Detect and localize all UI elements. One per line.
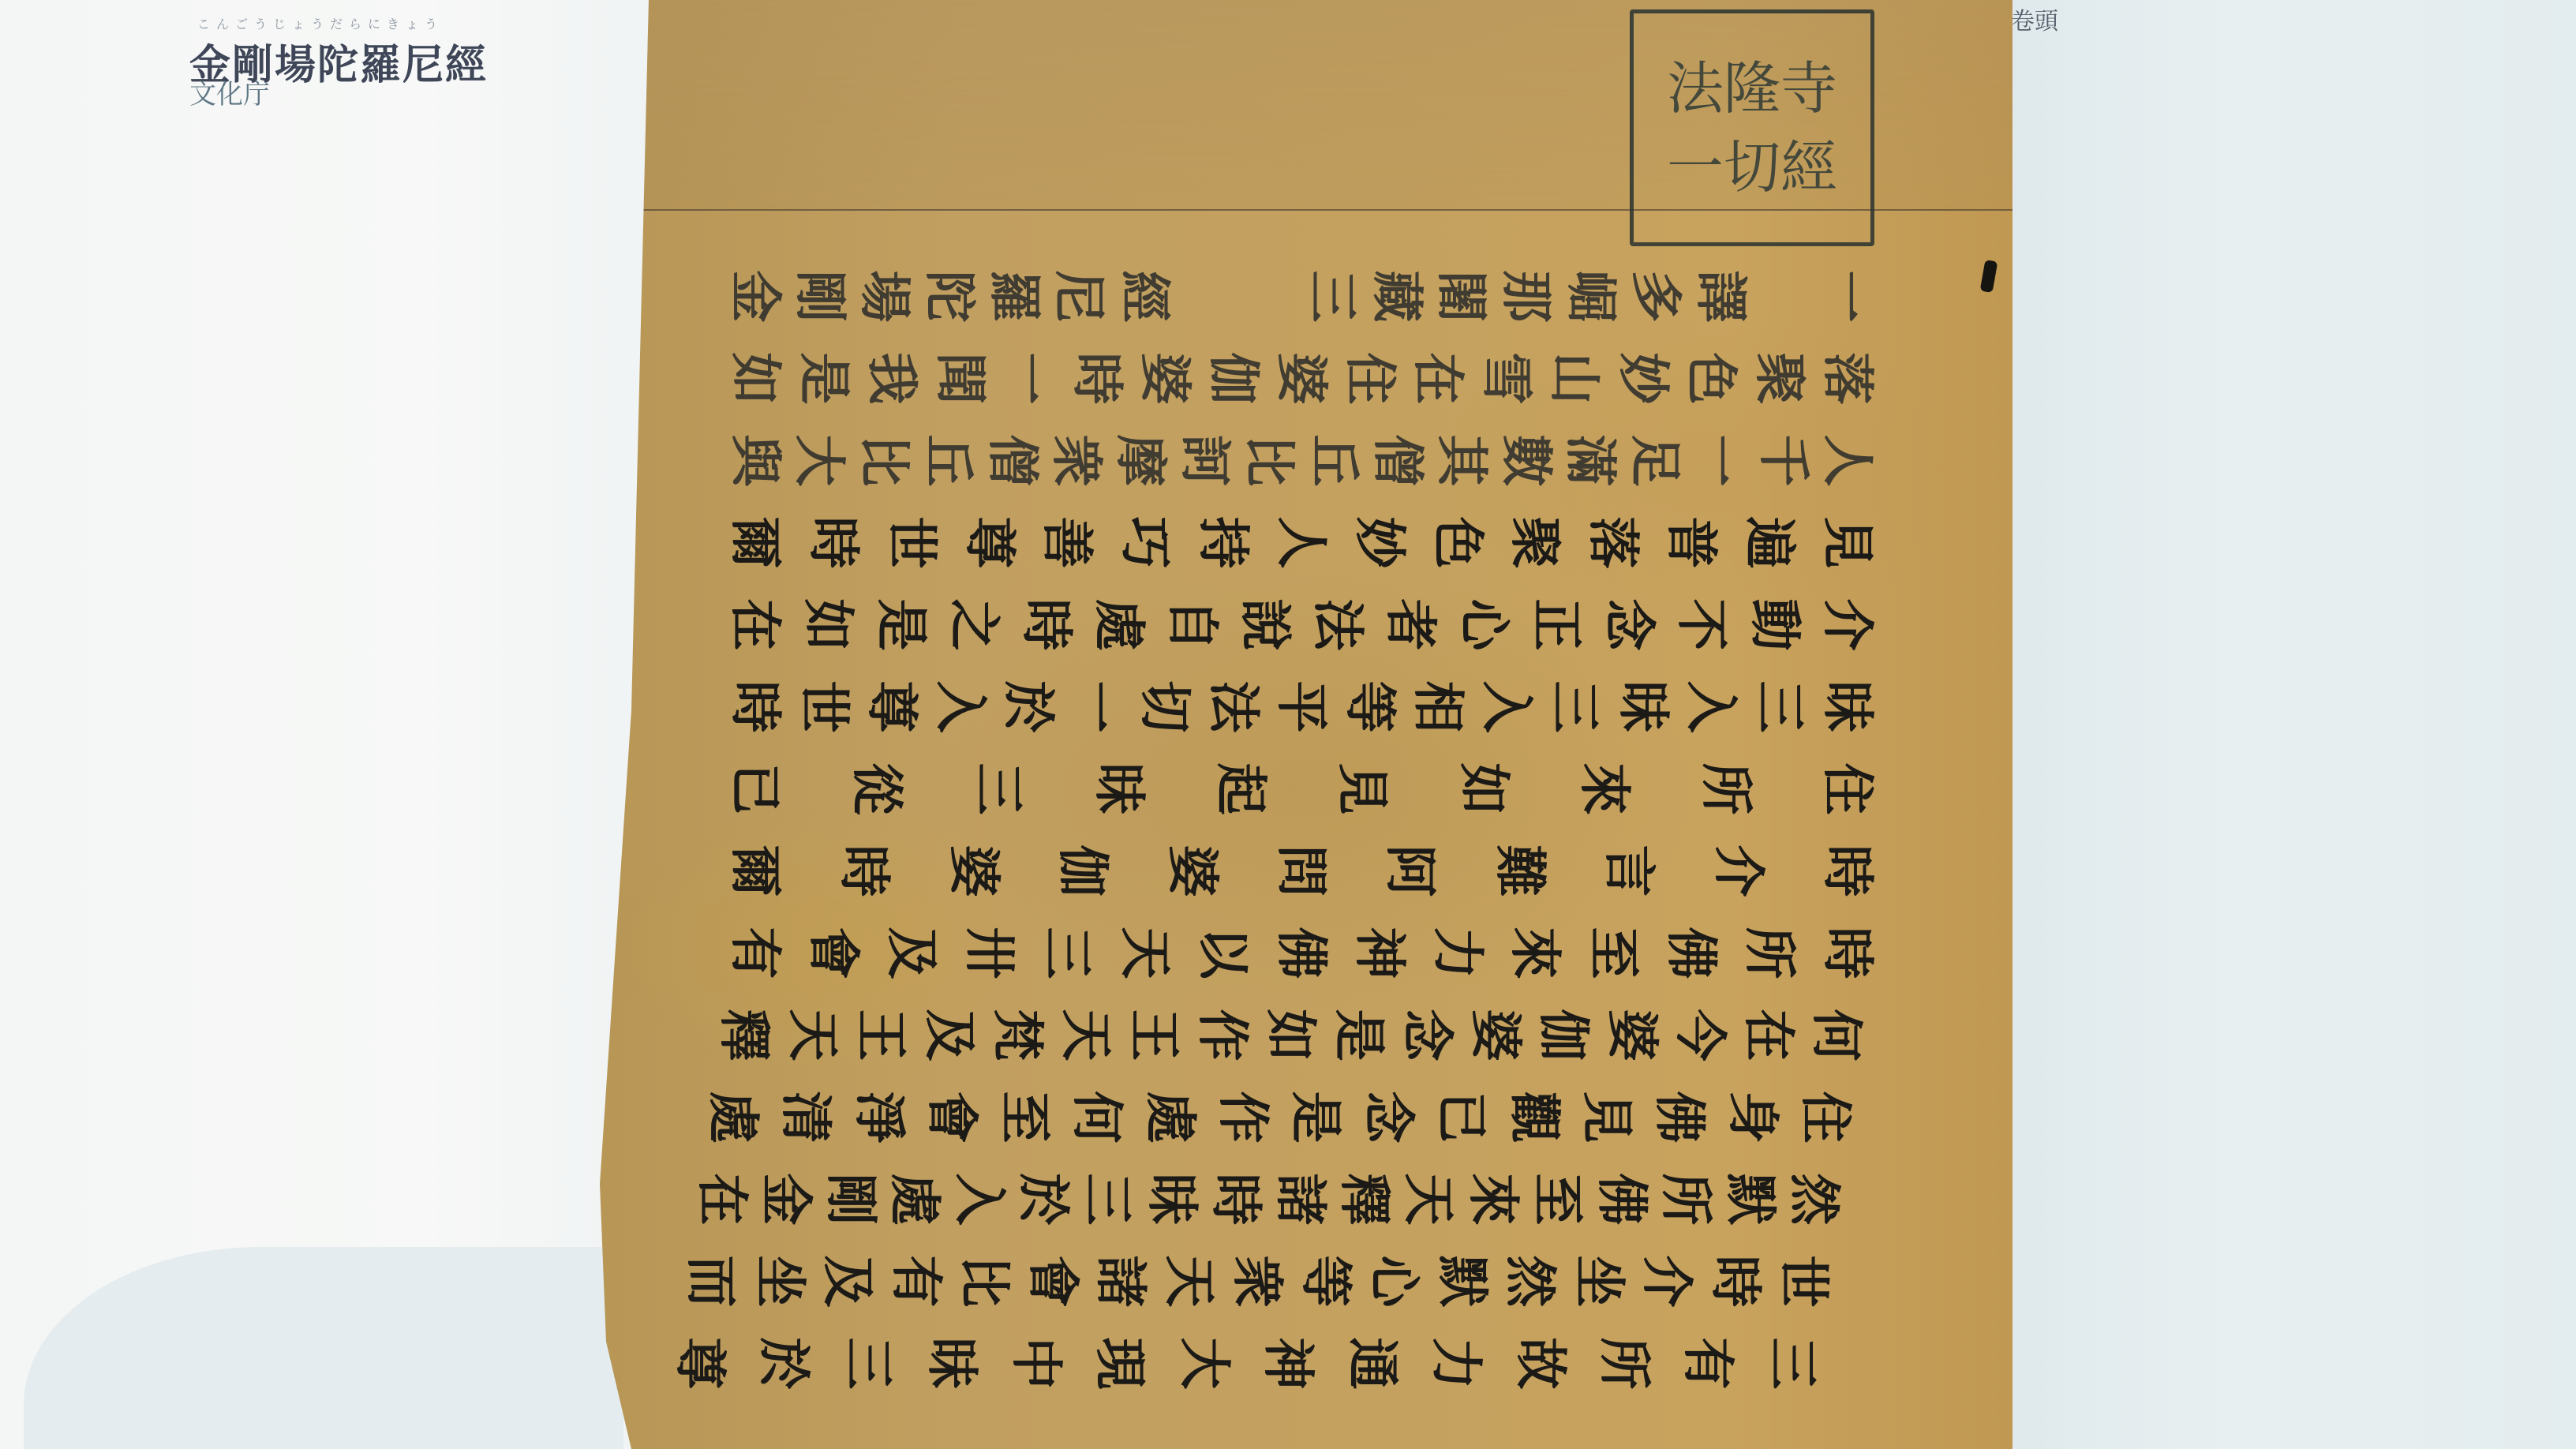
sutra-line: 釋天王及梵天王作如是念婆伽婆今在何 (723, 999, 1867, 1070)
sutra-line: 處清淨會至何處作是念已觀見佛身住 (712, 1081, 1856, 1152)
sutra-line: 而坐及有比會諸天衆等心默然坐介時世 (690, 1245, 1834, 1316)
sutra-line: 尊於三昧中現大神通力故所有三 (679, 1327, 1823, 1398)
sutra-line: 爾時婆伽婆問阿難言介時 (734, 835, 1878, 906)
sutra-line: 在金剛處入於三昧時諸釋天來至佛所默然 (701, 1163, 1845, 1234)
temple-seal-stamp: 法隆寺 一切經 (1630, 9, 1874, 246)
sutra-line: 在如是之時處自說法者心正念不動介 (734, 589, 1878, 660)
sutra-line: 有會及卅三天以佛神力來至佛所時 (734, 917, 1878, 988)
page-curl (24, 1247, 623, 1449)
sutra-line: 金剛場陀羅尼經 三藏闍那崛多譯 一 (734, 260, 1878, 331)
seal-row: 法隆寺 (1667, 60, 1837, 117)
seal-row: 一切經 (1667, 139, 1837, 196)
title-ruby: こんごうじょうだらにきょう (197, 14, 444, 32)
sutra-line: 時世尊入於一切法平等相入三昧入三昧 (734, 671, 1878, 742)
section-header: 卷頭 (2011, 2, 2058, 36)
sutra-line: 與大比丘僧衆摩訶比丘僧其數滿足一千人 (734, 425, 1878, 496)
right-book-page (2005, 0, 2576, 1449)
sutra-line: 已從三昧起見如來所住 (734, 753, 1878, 824)
credit-text: 文化庁 (189, 73, 270, 111)
sutra-line: 爾時世尊善巧持人妙色聚落普遍見 (734, 507, 1878, 578)
sutra-line: 如是我聞一時婆伽婆住在雪山妙色聚落 (734, 343, 1878, 414)
